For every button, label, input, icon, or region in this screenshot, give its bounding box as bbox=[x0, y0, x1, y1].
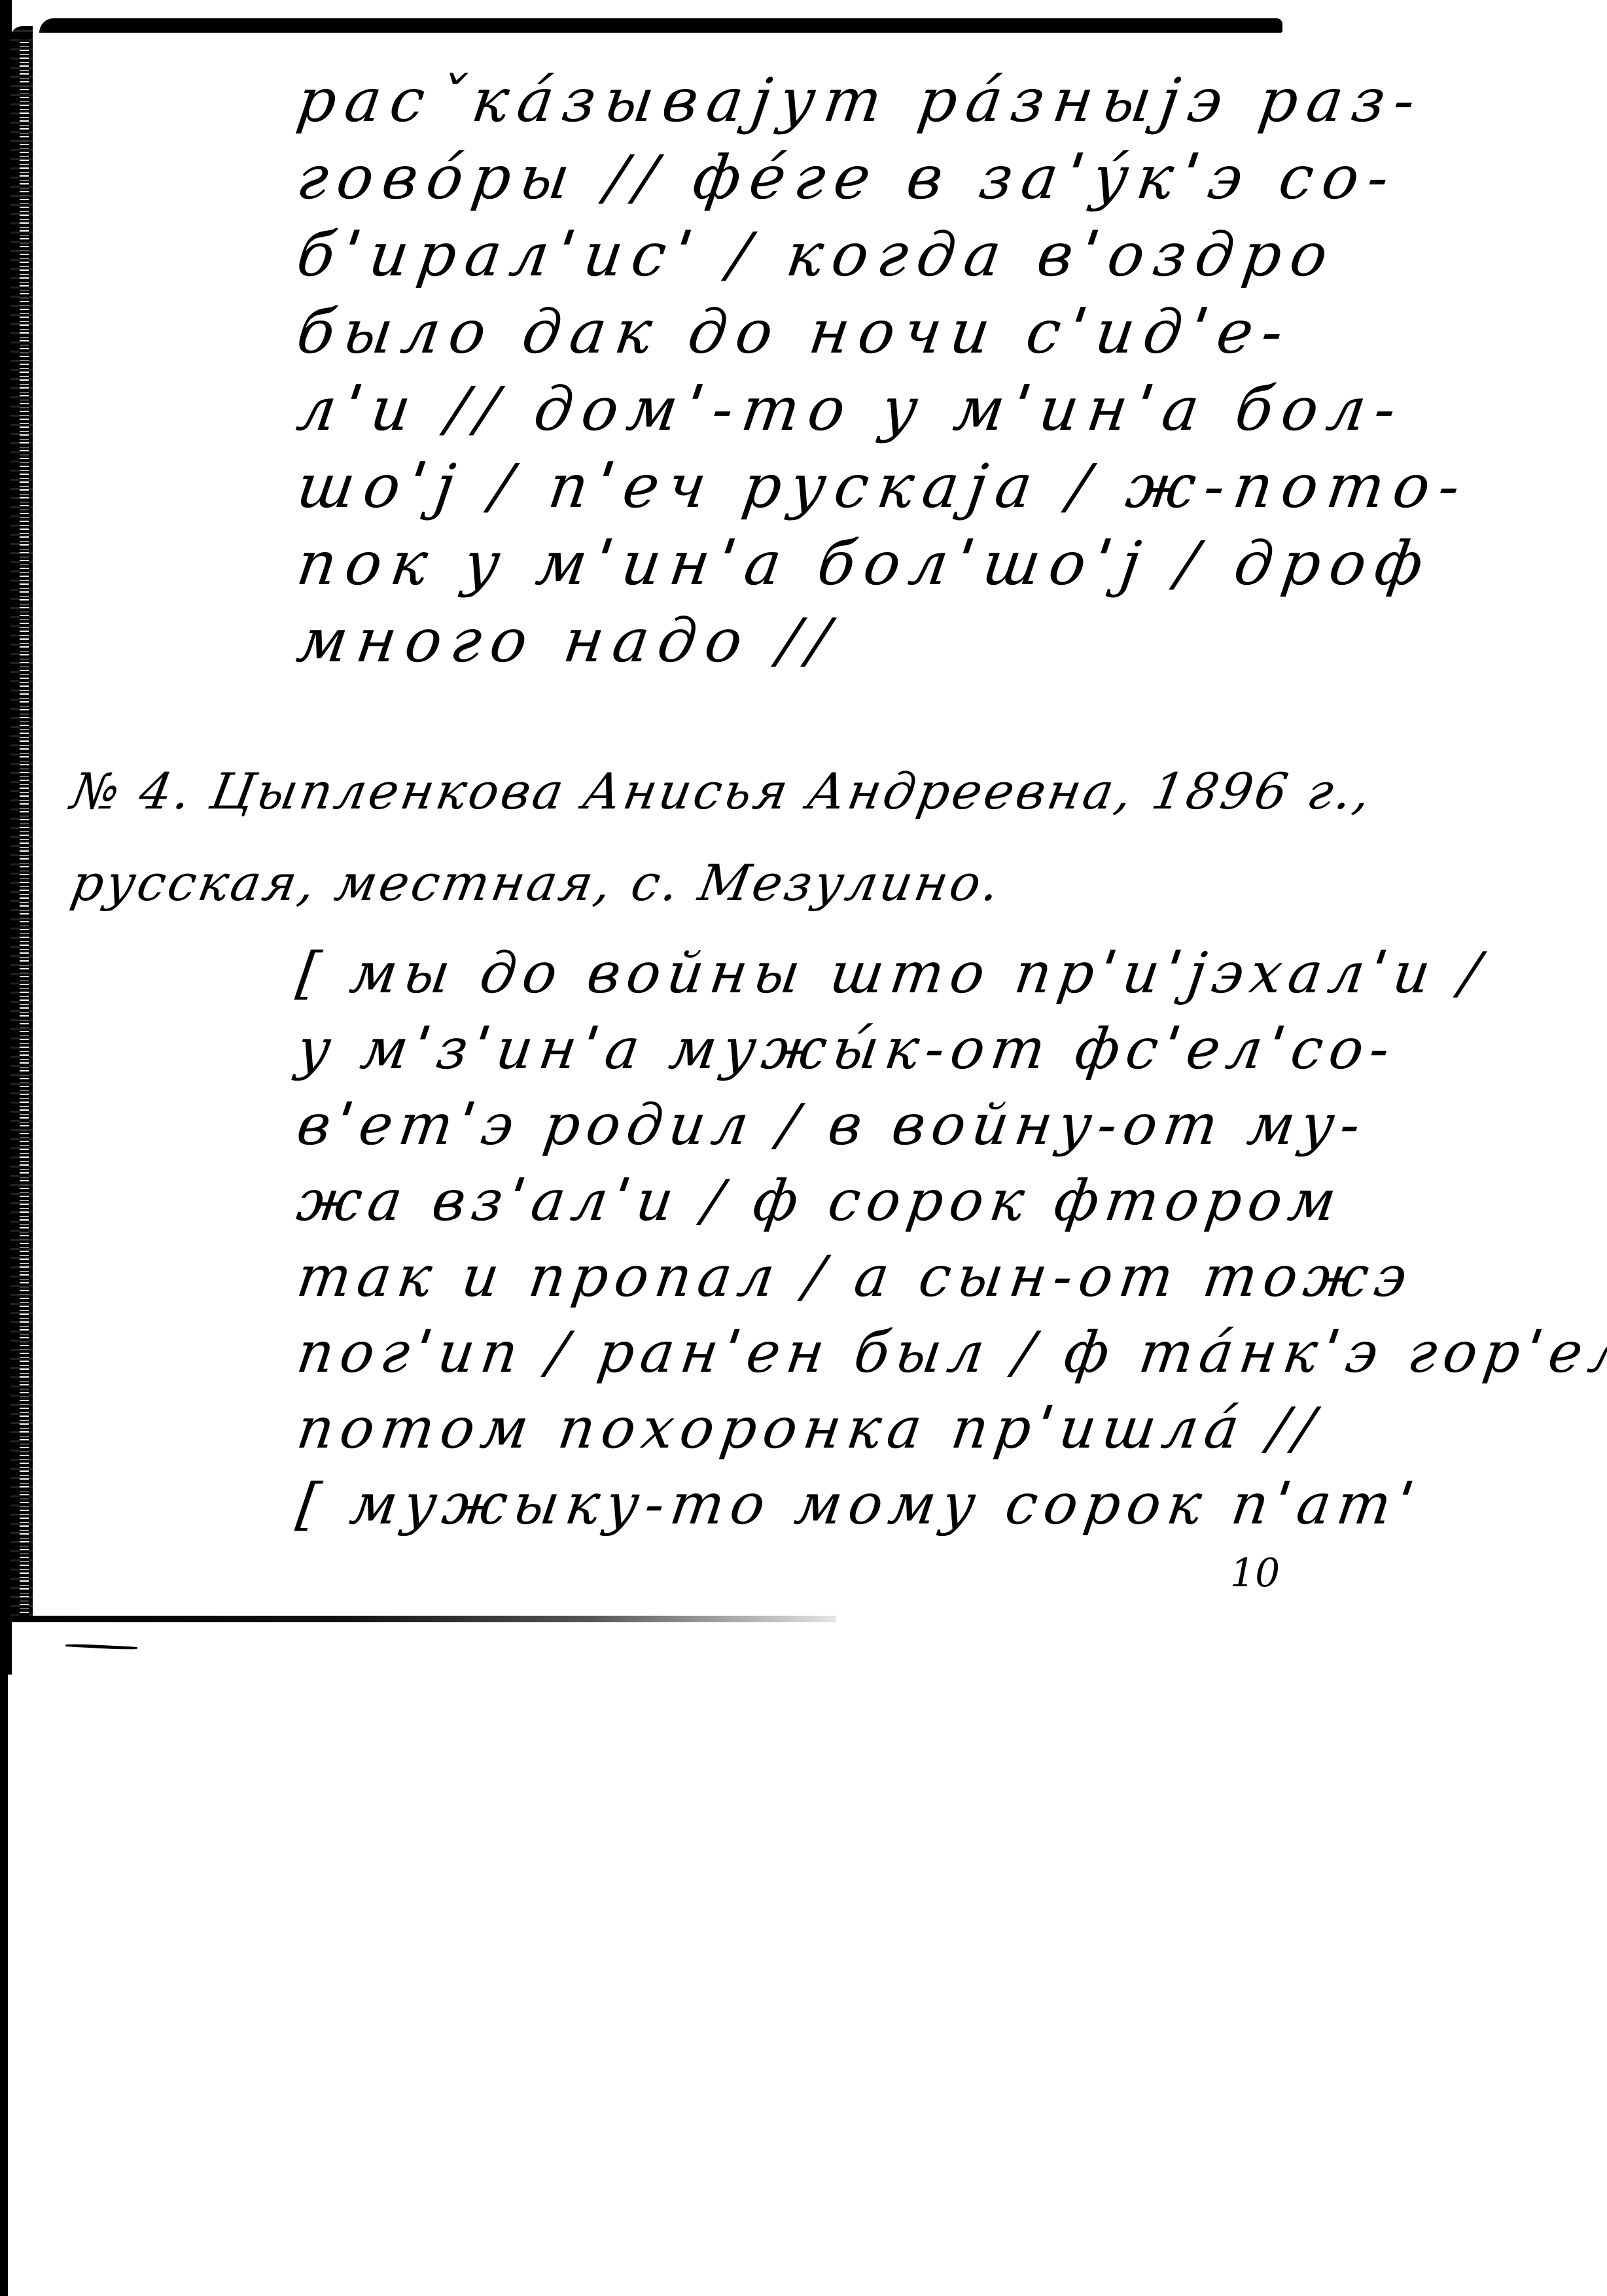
transcription-line: гово́ры // фе́ге в заˈу́кˈэ со- bbox=[292, 139, 1474, 217]
transcription-line: погˈип / ранˈен был / ф та́нкˈэ горˈел bbox=[292, 1315, 1607, 1391]
transcription-line: шоˈј / пˈеч рускаја / ж-пото- bbox=[292, 448, 1474, 525]
informant-transcription-block: [ мы до войны што прˈиˈјэхалˈи / у мˈзˈи… bbox=[298, 935, 1607, 1542]
informant-name-line: № 4. Цыпленкова Анисья Андреевна, 1896 г… bbox=[64, 746, 1381, 837]
transcription-line: лˈи // домˈ-то у мˈинˈа бол- bbox=[292, 371, 1474, 448]
ink-smudge bbox=[65, 1643, 137, 1650]
page-frame-bottom-rule bbox=[12, 1616, 836, 1622]
transcription-line: [ мужыку-то мому сорок пˈатˈ bbox=[292, 1467, 1607, 1542]
transcription-line: было дак до ночи сˈидˈе- bbox=[292, 294, 1474, 371]
informant-header: № 4. Цыпленкова Анисья Андреевна, 1896 г… bbox=[72, 746, 1373, 929]
transcription-line: бˈиралˈисˈ / когда вˈоздро bbox=[292, 217, 1474, 294]
page-frame-left-binding bbox=[20, 39, 29, 1622]
transcription-line: много надо // bbox=[292, 602, 1474, 680]
page-number: 10 bbox=[1230, 1550, 1280, 1596]
transcription-line: так и пропал / а сын-от тожэ bbox=[292, 1239, 1607, 1315]
transcription-line: расˇка́зывајут ра́зныјэ раз- bbox=[292, 62, 1474, 139]
transcription-line: у мˈзˈинˈа мужы́к-от фсˈелˈсо- bbox=[292, 1011, 1607, 1087]
transcription-line: жа взˈалˈи / ф сорок фтором bbox=[292, 1163, 1607, 1239]
informant-details-line: русская, местная, с. Мезулино. bbox=[64, 837, 1381, 929]
continued-transcription-block: расˇка́зывајут ра́зныјэ раз- гово́ры // … bbox=[298, 62, 1468, 680]
transcription-line: вˈетˈэ родил / в войну-от му- bbox=[292, 1087, 1607, 1163]
scanner-edge-strip-lower bbox=[0, 0, 8, 2296]
transcription-line: потом похоронка прˈишла́ // bbox=[292, 1391, 1607, 1467]
transcription-line: пок у мˈинˈа болˈшоˈј / дроф bbox=[292, 525, 1474, 602]
transcription-line: [ мы до войны што прˈиˈјэхалˈи / bbox=[292, 935, 1607, 1011]
page-frame-top-rule bbox=[39, 18, 1282, 33]
